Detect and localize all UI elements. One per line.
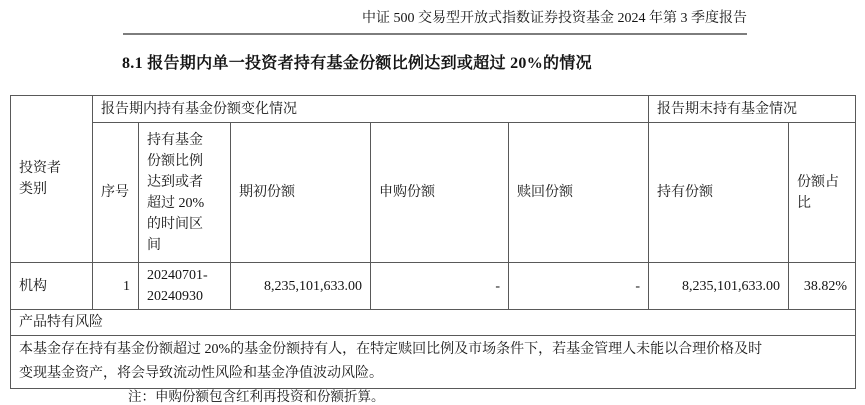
header-cell-initial-shares: 期初份额: [231, 123, 371, 263]
header-cell-redeemed-shares: 赎回份额: [509, 123, 649, 263]
table-group-header-row: 投资者 类别 报告期内持有基金份额变化情况 报告期末持有基金情况: [11, 96, 856, 123]
header-cell-investor-type: 投资者 类别: [11, 96, 93, 263]
group-header-period-change: 报告期内持有基金份额变化情况: [93, 96, 649, 123]
cell-share-ratio: 38.82%: [789, 263, 856, 310]
header-cell-subscribed-shares: 申购份额: [371, 123, 509, 263]
risk-text-cell: 本基金存在持有基金份额超过 20%的基金份额持有人，在特定赎回比例及市场条件下，…: [11, 336, 856, 389]
cell-initial-shares: 8,235,101,633.00: [231, 263, 371, 310]
cell-held-shares: 8,235,101,633.00: [649, 263, 789, 310]
cell-redeemed-shares: -: [509, 263, 649, 310]
risk-label-cell: 产品特有风险: [11, 310, 856, 336]
risk-label-row: 产品特有风险: [11, 310, 856, 336]
header-cell-held-shares: 持有份额: [649, 123, 789, 263]
cell-seq: 1: [93, 263, 139, 310]
investor-holdings-table: 投资者 类别 报告期内持有基金份额变化情况 报告期末持有基金情况 序号 持有基金…: [10, 95, 856, 389]
footnote: 注：申购份额包含红利再投资和份额折算。: [128, 385, 385, 405]
header-cell-period: 持有基金 份额比例 达到或者 超过 20% 的时间区 间: [139, 123, 231, 263]
cell-subscribed-shares: -: [371, 263, 509, 310]
cell-period: 20240701- 20240930: [139, 263, 231, 310]
header-cell-share-ratio: 份额占 比: [789, 123, 856, 263]
header-cell-seq: 序号: [93, 123, 139, 263]
risk-text-row: 本基金存在持有基金份额超过 20%的基金份额持有人，在特定赎回比例及市场条件下，…: [11, 336, 856, 389]
table-row: 机构 1 20240701- 20240930 8,235,101,633.00…: [11, 263, 856, 310]
table-column-header-row: 序号 持有基金 份额比例 达到或者 超过 20% 的时间区 间 期初份额 申购份…: [11, 123, 856, 263]
cell-investor-type: 机构: [11, 263, 93, 310]
group-header-period-end: 报告期末持有基金情况: [649, 96, 856, 123]
document-header-title: 中证 500 交易型开放式指数证券投资基金 2024 年第 3 季度报告: [123, 10, 747, 35]
section-title: 8.1 报告期内单一投资者持有基金份额比例达到或超过 20%的情况: [122, 50, 592, 73]
